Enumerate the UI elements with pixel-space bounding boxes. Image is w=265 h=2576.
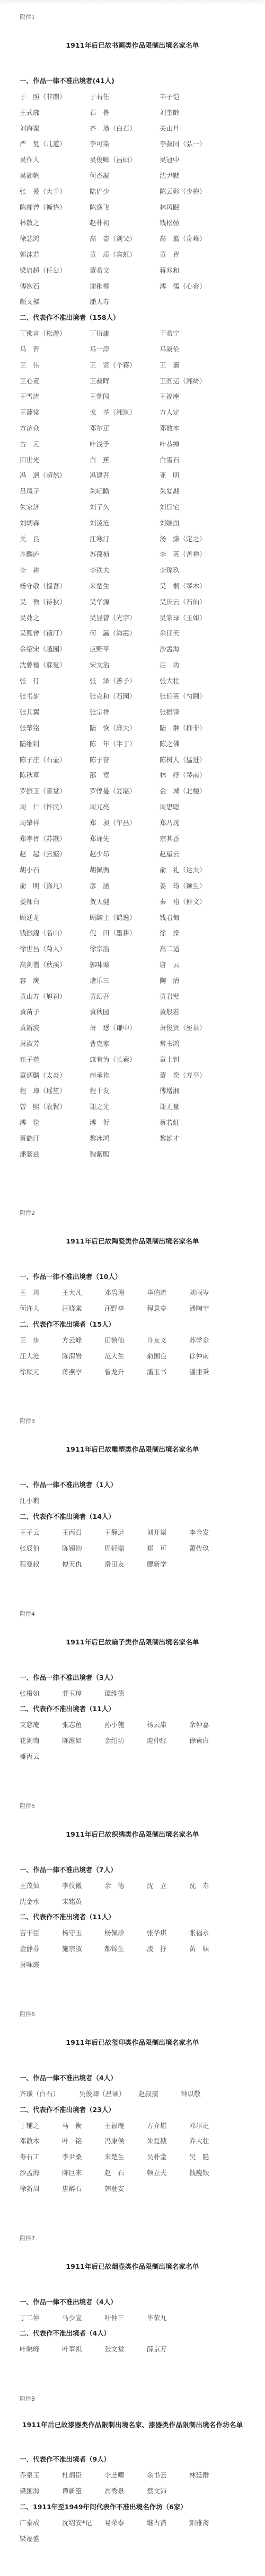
artist-name: 王 步 <box>20 1332 62 1348</box>
annex-2: 附件21911年后已故陶瓷类作品限制出境名家名单一、作品一律不准出境者（10人）… <box>0 1205 265 1409</box>
annex-label: 附件7 <box>0 2231 265 2247</box>
artist-name: 滑田友 <box>104 1557 147 1572</box>
annex-5: 附件51911年后已故织绣类作品限制出境名家名单一、作品一律不准出境者（7人）王… <box>0 1799 265 2002</box>
artist-name: 钱瘦铁 <box>189 2165 232 2181</box>
artist-name: 商承祚 <box>90 1068 160 1084</box>
name-row: 沈金水宋铭黄 <box>0 1894 265 1910</box>
artist-name: 陈云彰（少梅） <box>160 184 229 200</box>
artist-name: 庞仲经 <box>147 1733 189 1749</box>
artist-name: 杨云康 <box>147 1717 189 1733</box>
name-row: 徐顺元蒋燕亭曾龙升潘玉书潘庸秉 <box>0 1364 265 1380</box>
artist-name: 沈 寿 <box>189 1878 232 1894</box>
artist-name: 陈师曾（衡恪） <box>20 200 90 216</box>
name-row: 吴 徵（待秋）吴华源吴庆云（石仙） <box>0 594 265 610</box>
artist-name: 齐 璜（白石） <box>90 121 160 137</box>
name-grid: 于 照（非闇）于右任丰子恺王式廓石 鲁刘奎龄刘海粟齐 璜（白石）关山月严 复（几… <box>0 89 265 310</box>
artist-name: 顿立夫 <box>147 2165 189 2181</box>
spacer <box>0 1162 265 1201</box>
name-row: 张 仃张 泽（善子）张大壮 <box>0 673 265 689</box>
name-row: 沙孟海陈巨来赵 石顿立夫钱瘦铁 <box>0 2165 265 2181</box>
name-row: 金静芬施宗淑都锦生凌 抒黄 妹 <box>0 1941 265 1957</box>
artist-name: 寿石工 <box>20 2149 62 2165</box>
artist-name: 陈锡钧 <box>62 1541 104 1557</box>
name-row: 胡小石胡佩衡俞 礼（达夫） <box>0 862 265 878</box>
artist-name: 徐宗浩 <box>90 941 160 957</box>
name-row: 田世光白 蕉白雪石 <box>0 452 265 468</box>
artist-name: 徐世昌（菊人） <box>20 941 90 957</box>
artist-name: 程 璋（瑶笙） <box>20 1083 90 1099</box>
artist-name: 朱复戡 <box>160 484 229 499</box>
name-grid: 张楫如龚玉璋谭维德 <box>0 1686 265 1702</box>
artist-name: 齐璜（白石） <box>20 2086 79 2102</box>
artist-name: 马一浮 <box>90 342 160 357</box>
name-row: 陆维钊陈 年（半丁）陈之佛 <box>0 736 265 752</box>
name-row: 汪大沧陈渭岩范大生俞国良徐仲南 <box>0 1348 265 1364</box>
artist-name: 江寒汀 <box>90 531 160 547</box>
artist-name: 白雪石 <box>160 452 229 468</box>
name-row: 蔡鹤汀黎冰鸿黎雄才 <box>0 1131 265 1147</box>
name-row: 萧淑芳曹克家常书鸿 <box>0 1036 265 1052</box>
name-row: 刘海粟齐 璜（白石）关山月 <box>0 121 265 137</box>
artist-name: 颜文樑 <box>20 294 90 310</box>
spacer <box>0 1572 265 1602</box>
name-row: 吴茀之吴显曾（光宇）吴家琭（玉如） <box>0 610 265 626</box>
artist-name: 丁佛言（松游） <box>20 326 90 342</box>
artist-name: 邓碧珊 <box>104 1285 147 1301</box>
artist-name: 黄山寿（旭初） <box>20 989 90 1005</box>
artist-name: 王茂仙 <box>20 1878 62 1894</box>
artist-name: 张书旂 <box>20 688 90 704</box>
artist-name: 周元亮 <box>90 799 160 815</box>
artist-name: 田鹤仙 <box>104 1332 147 1348</box>
annex-title: 1911年后已故烟壶类作品限制出境名家名单 <box>0 2261 265 2271</box>
artist-name: 郑乃珖 <box>160 815 229 831</box>
name-row: 程曼叔傅天仇滑田友廖新学 <box>0 1557 265 1572</box>
artist-name: 于希宁 <box>160 326 229 342</box>
name-row: 冯 迥（超然）冯建吾亚 明 <box>0 468 265 484</box>
artist-name: 盛丙云 <box>20 1749 62 1765</box>
artist-name: 吴朴堂 <box>147 2149 189 2165</box>
annex-title: 1911年后已故玺印类作品限制出境名家名单 <box>0 2037 265 2047</box>
artist-name: 吴冠中 <box>160 152 229 168</box>
artist-name: 朱屺瞻 <box>90 484 160 499</box>
name-row: 梁福盛 <box>0 2531 265 2547</box>
artist-name: 黄新波 <box>20 1020 90 1036</box>
artist-name: 张大壮 <box>160 673 229 689</box>
artist-name: 许麟庐 <box>20 547 90 562</box>
artist-name: 陆 恢（廉夫） <box>90 720 160 736</box>
artist-name: 广泰成 <box>20 2515 62 2531</box>
artist-name: 易荣泰 <box>104 2515 147 2531</box>
artist-name: 王 琦 <box>20 1285 62 1301</box>
artist-name: 钱振鍠（名山） <box>20 925 90 941</box>
artist-name: 吴湖帆 <box>20 168 90 184</box>
annex-title: 1911年后已故书画类作品限制出境名家名单 <box>0 40 265 50</box>
artist-name: 黄 胄 <box>160 247 229 263</box>
artist-name: 来楚生 <box>90 578 160 594</box>
artist-name: 秦 裕（仲文） <box>160 894 229 910</box>
artist-name: 王 伟 <box>20 357 90 373</box>
artist-name: 都锦生 <box>104 1941 147 1957</box>
artist-name: 李铁夫 <box>90 562 160 578</box>
artist-name: 吴俊卿（昌硕） <box>90 152 160 168</box>
name-row: 张 爰（大千）陆俨少陈云彰（少梅） <box>0 184 265 200</box>
artist-name: 张楫如 <box>20 1686 62 1702</box>
artist-name: 唐醉石 <box>62 2181 104 2197</box>
name-grid: 丁二仲马少宣叶仲三毕荣九 <box>0 2310 265 2326</box>
artist-name: 沙孟海 <box>160 641 229 657</box>
artist-name: 徐素白 <box>189 1733 232 1749</box>
artist-name: 陆维钊 <box>20 736 90 752</box>
artist-name: 崔子范 <box>20 1052 90 1068</box>
artist-name: 叶恭绰 <box>160 436 229 452</box>
name-row: 黄苗子黄秋园黄般若 <box>0 1004 265 1020</box>
artist-name: 亚 明 <box>160 468 229 484</box>
artist-name: 傅天仇 <box>62 1557 104 1572</box>
artist-name: 倪 田（墨耕） <box>90 925 160 941</box>
artist-name: 谭新篁 <box>62 2483 104 2499</box>
artist-name: 毕荣九 <box>147 2310 189 2326</box>
name-row: 吕凤子朱屺瞻朱复戡 <box>0 484 265 499</box>
artist-name: 张华琪 <box>147 1925 189 1941</box>
artist-name: 吴庆云（石仙） <box>160 594 229 610</box>
name-row: 严 复（几道）李可染李叔同（弘一） <box>0 136 265 152</box>
artist-name: 王 贤（个簃） <box>90 357 160 373</box>
artist-name: 来楚生 <box>104 2149 147 2165</box>
artist-name: 冯 迥（超然） <box>20 468 90 484</box>
annex-label: 附件2 <box>0 1205 265 1221</box>
name-row: 江小鹣 <box>0 1493 265 1509</box>
name-row: 黄山寿（旭初）黄幻吾黄君璧 <box>0 989 265 1005</box>
artist-name: 白 蕉 <box>90 452 160 468</box>
artist-name: 吴 隐 <box>189 2149 232 2165</box>
artist-name: 曾龙升 <box>104 1364 147 1380</box>
artist-name: 郑诵先 <box>90 831 160 847</box>
artist-name: 廖新学 <box>147 1557 189 1572</box>
artist-name: 支慈庵 <box>20 1717 62 1733</box>
artist-name: 高二适 <box>160 941 229 957</box>
artist-name: 丁二仲 <box>20 2310 62 2326</box>
artist-name: 蔡鹤汀 <box>20 1131 90 1147</box>
artist-name: 郑 昶（午昌） <box>90 815 160 831</box>
name-row: 吴作人吴俊卿（昌硕）吴冠中 <box>0 152 265 168</box>
artist-name: 孙小匏 <box>104 1717 147 1733</box>
name-row: 容 庚诸乐三陶一清 <box>0 973 265 989</box>
artist-name: 杨守敬（惺吾） <box>20 578 90 594</box>
section-heading: 二、代表作不准出境者（11人） <box>0 1909 265 1925</box>
artist-name: 李可染 <box>90 136 160 152</box>
artist-name: 杜炳臣 <box>62 2467 104 2483</box>
name-row: 吴湖帆何香凝沈尹默 <box>0 168 265 184</box>
artist-name: 戈 荃（湘岚） <box>90 405 160 421</box>
artist-name: 丁辅之 <box>20 2118 62 2134</box>
name-row: 丁佛言（松游）丁衍庸于希宁 <box>0 326 265 342</box>
artist-name: 常书鸿 <box>160 1036 229 1052</box>
artist-name: 潘天寿 <box>90 294 160 310</box>
artist-name: 宋文治 <box>90 657 160 673</box>
artist-name: 黄幻吾 <box>90 989 160 1005</box>
artist-name: 李琼玖 <box>160 562 229 578</box>
artist-name: 罗振玉（雪堂） <box>20 783 90 799</box>
artist-name: 龚玉璋 <box>62 1686 104 1702</box>
artist-name: 沙孟海 <box>20 2165 62 2181</box>
artist-name: 张振铎 <box>160 704 229 720</box>
artist-name: 张 泽（善子） <box>90 673 160 689</box>
artist-name: 汪野亭 <box>104 1301 147 1317</box>
artist-name: 溥 儒（心畬） <box>160 279 229 294</box>
artist-name: 高剑僧（秋溪） <box>20 957 90 973</box>
artist-name: 沈尹默 <box>160 168 229 184</box>
name-grid: 齐璜（白石）吴俊卿（昌硕）赵叔孺钟以敬 <box>0 2086 265 2102</box>
artist-name: 徐悲鸿 <box>20 231 90 247</box>
annex-3: 附件31911年后已故雕塑类作品限制出境名家名单一、作品一律不准出境者（1人）江… <box>0 1414 265 1602</box>
artist-name: 王朝闻 <box>90 389 160 405</box>
section-heading: 一、作品一律不准出境者（3人） <box>0 1670 265 1686</box>
artist-name: 姜 筠（颖生） <box>160 878 229 894</box>
name-row: 王 步方云峰田鹤仙许友义苏学金 <box>0 1332 265 1348</box>
artist-name: 郭味蕖 <box>90 957 160 973</box>
name-row: 吉干臣杨守玉杨佩珍张华琪张福永 <box>0 1925 265 1941</box>
artist-name: 郭沫若 <box>20 247 90 263</box>
artist-name: 何 瀛（海霞） <box>90 625 160 641</box>
artist-name: 诸乐三 <box>90 973 160 989</box>
artist-name: 陈澹如 <box>62 1733 104 1749</box>
artist-name: 金绍坊 <box>104 1733 147 1749</box>
artist-name: 李金发 <box>189 1525 232 1541</box>
artist-name: 彦 涵 <box>90 878 160 894</box>
artist-name: 萧咏霞 <box>20 1957 62 1973</box>
artist-name: 潘絜兹 <box>20 1147 90 1162</box>
artist-name: 蒋燕亭 <box>62 1364 104 1380</box>
artist-name: 王福庵 <box>160 389 229 405</box>
artist-name: 王 襄 <box>160 357 229 373</box>
artist-name: 叶晓峰 <box>20 2341 62 2357</box>
artist-name: 严 复（几道） <box>20 136 90 152</box>
artist-name: 余 德 <box>104 1878 147 1894</box>
section-heading: 二、代表作不准出境者（158人） <box>0 310 265 326</box>
name-row: 广泰成沈绍安*记易荣泰继古斋釦雅斋 <box>0 2515 265 2531</box>
artist-name: 陈树人（猛进） <box>160 752 229 768</box>
name-row: 寿石工李尹桑来楚生吴朴堂吴 隐 <box>0 2149 265 2165</box>
name-row: 顾廷龙顾麟士（鹤逸）钱君匋 <box>0 910 265 926</box>
artist-name: 陈 年（半丁） <box>90 736 160 752</box>
artist-name: 顾廷龙 <box>20 910 90 926</box>
artist-name: 金 城（北楼） <box>160 783 229 799</box>
name-row: 娄师白贺天健秦 裕（仲文） <box>0 894 265 910</box>
name-grid: 乔泉玉杜炳臣李芝卿余书云林廷群梁国海谭新篁高秀泉蔡文沛 <box>0 2467 265 2499</box>
artist-name: 王叔晖 <box>90 373 160 389</box>
artist-name: 吴熙曾（镜汀） <box>20 625 90 641</box>
name-row: 王雪涛王朝闻王福庵 <box>0 389 265 405</box>
artist-name: 梁启超（任公） <box>20 263 90 279</box>
name-row: 崔子范康有为（长素）章士钊 <box>0 1052 265 1068</box>
name-row: 林散之赵朴初钱松喦 <box>0 215 265 231</box>
artist-name: 吴作人 <box>20 152 90 168</box>
artist-name: 田世光 <box>20 452 90 468</box>
artist-name: 马 晋 <box>20 342 90 357</box>
artist-name: 邓散木 <box>160 421 229 436</box>
artist-name: 张辰伯 <box>20 1541 62 1557</box>
artist-name: 郑 可 <box>147 1541 189 1557</box>
name-row: 傅抱石谢稚柳溥 儒（心畬） <box>0 279 265 294</box>
annex-title: 1911年后已故雕塑类作品限制出境名家名单 <box>0 1444 265 1454</box>
section-heading: 一、作品一律不准出境者（10人） <box>0 1269 265 1285</box>
artist-name: 蔡若虹 <box>160 1115 229 1131</box>
artist-name: 徐顺元 <box>20 1364 62 1380</box>
artist-name: 董希文 <box>90 263 160 279</box>
artist-name: 李尹桑 <box>62 2149 104 2165</box>
artist-name: 陈逸飞 <box>90 200 160 216</box>
artist-name: 邓尔疋 <box>189 2118 232 2134</box>
artist-name: 刘开渠 <box>147 1525 189 1541</box>
name-row: 杨守敬（惺吾）来楚生吴 桐（琴木） <box>0 578 265 594</box>
artist-name: 程意亭 <box>147 1301 189 1317</box>
artist-name: 赵 石 <box>104 2165 147 2181</box>
artist-name: 叶菶祺 <box>62 2341 104 2357</box>
artist-name: 赵叔孺 <box>138 2086 181 2102</box>
artist-name: 胡小石 <box>20 862 90 878</box>
artist-name: 萧俊贤（厔泉） <box>160 1020 229 1036</box>
artist-name: 王丙召 <box>62 1525 104 1541</box>
name-row: 颜文樑潘天寿 <box>0 294 265 310</box>
artist-name: 黄 质（宾虹） <box>90 247 160 263</box>
name-row: 马 晋马一浮马叙伦 <box>0 342 265 357</box>
artist-name: 邵 章 <box>90 767 160 783</box>
artist-name: 黄君璧 <box>160 989 229 1005</box>
artist-name: 苏葆桢 <box>90 547 160 562</box>
artist-name: 王式廓 <box>20 105 90 121</box>
artist-name: 蒋兆和 <box>160 263 229 279</box>
name-row: 章炳麟（太炎）商承祚董 揆（寿平） <box>0 1068 265 1084</box>
artist-name: 康有为（长素） <box>90 1052 160 1068</box>
artist-name: 张伯英（勺圃） <box>160 688 229 704</box>
artist-name: 章士钊 <box>160 1052 229 1068</box>
artist-name: 林廷群 <box>189 2467 232 2483</box>
artist-name: 谢之光 <box>90 1099 160 1115</box>
artist-name: 张其翼 <box>20 704 90 720</box>
artist-name: 赵朴初 <box>90 215 160 231</box>
name-row: 方济众邓尔疋邓散木 <box>0 421 265 436</box>
artist-name: 马少宣 <box>62 2310 104 2326</box>
artist-name: 周思聪 <box>160 799 229 815</box>
artist-name: 钟以敬 <box>181 2086 223 2102</box>
artist-name: 方介堪 <box>147 2118 189 2134</box>
artist-name: 余绍宋（越园） <box>20 641 90 657</box>
artist-name: 沈 立 <box>147 1878 189 1894</box>
name-grid: 王 琦王大凡邓碧珊毕伯涛刘雨岑何许人汪晓棠汪野亭程意亭潘陶宇 <box>0 1285 265 1317</box>
name-row: 梁国海谭新篁高秀泉蔡文沛 <box>0 2483 265 2499</box>
name-row: 张肇铭陆 恢（廉夫）陆 翀（抑非） <box>0 720 265 736</box>
artist-name: 丰子恺 <box>160 89 229 105</box>
spacer <box>0 1765 265 1794</box>
annex-label: 附件5 <box>0 1799 265 1814</box>
artist-name: 关山月 <box>160 121 229 137</box>
name-grid: 江小鹣 <box>0 1493 265 1509</box>
name-row: 古 元叶浅予叶恭绰 <box>0 436 265 452</box>
artist-name: 贺天健 <box>90 894 160 910</box>
name-row: 张其翼张宗祥张振铎 <box>0 704 265 720</box>
artist-name: 刘旦宅 <box>160 499 229 515</box>
artist-name: 赵 起（云壑） <box>20 846 90 862</box>
artist-name: 应野平 <box>90 641 160 657</box>
artist-name: 金静芬 <box>20 1941 62 1957</box>
artist-name: 宗其香 <box>160 831 229 847</box>
artist-name: 李 英（苦禅） <box>160 547 229 562</box>
artist-name: 关 良 <box>20 531 90 547</box>
artist-name: 石 鲁 <box>90 105 160 121</box>
section-heading: 二、代表作不准出境者（15人） <box>0 1317 265 1332</box>
artist-name: 于右任 <box>90 89 160 105</box>
name-row: 王心竟王叔晖王闿运（湘绮） <box>0 373 265 389</box>
name-row: 赵 起（云壑）赵少昂赵望云 <box>0 846 265 862</box>
name-row: 郑孝胥（苏戡）郑诵先宗其香 <box>0 831 265 847</box>
artist-name: 陈渭岩 <box>62 1348 104 1364</box>
artist-name: 章炳麟（太炎） <box>20 1068 90 1084</box>
artist-name: 陆 翀（抑非） <box>160 720 229 736</box>
artist-name: 潘庸秉 <box>189 1364 232 1380</box>
artist-name: 黎冰鸿 <box>90 1131 160 1147</box>
artist-name: 王雪涛 <box>20 389 90 405</box>
annex-4: 附件41911年后已故扇子类作品限制出境名家名单一、作品一律不准出境者（3人）张… <box>0 1606 265 1794</box>
artist-name: 陆俨少 <box>90 184 160 200</box>
name-row: 徐世昌（菊人）徐宗浩高二适 <box>0 941 265 957</box>
artist-name: 余仲嘉 <box>189 1717 232 1733</box>
section-heading: 二、代表作不准出境者（14人） <box>0 1509 265 1525</box>
artist-name: 汤 涤（定之） <box>160 531 229 547</box>
artist-name: 吴 桐（琴木） <box>160 578 229 594</box>
name-row: 刘炳森刘凌沧刘继卣 <box>0 515 265 531</box>
artist-name: 沈曾植（寐叟） <box>20 657 90 673</box>
artist-name: 方云峰 <box>62 1332 104 1348</box>
annex-label: 附件6 <box>0 2007 265 2023</box>
artist-name: 梁国海 <box>20 2483 62 2499</box>
annex-1: 附件11911年后已故书画类作品限制出境名家名单一、作品一律不准出境者(41人)… <box>0 10 265 1201</box>
artist-name: 凌 抒 <box>147 1941 189 1957</box>
name-row: 曾 熙（农髯）谢之光谢无量 <box>0 1099 265 1115</box>
name-row: 徐新周唐醉石韩登安 <box>0 2181 265 2197</box>
artist-name: 蔡文沛 <box>147 2483 189 2499</box>
artist-name: 黎雄才 <box>160 1131 229 1147</box>
artist-name: 吉干臣 <box>20 1925 62 1941</box>
name-row: 叶晓峰叶菶祺张文堂薛京万 <box>0 2341 265 2357</box>
artist-name: 徐仲南 <box>189 1348 232 1364</box>
annex-title: 1911年后已故漆器类作品限制出境名家、漆器类作品限制出境名作坊名单 <box>3 2418 262 2432</box>
artist-name: 钱君匋 <box>160 910 229 926</box>
section-heading: 二、代表作不准出境者（11人） <box>0 1701 265 1717</box>
artist-name: 吴俊卿（昌硕） <box>79 2086 138 2102</box>
artist-name: 陈巨来 <box>62 2165 104 2181</box>
artist-name: 王静远 <box>104 1525 147 1541</box>
artist-name: 陶一清 <box>160 973 229 989</box>
artist-name: 张肇铭 <box>20 720 90 736</box>
name-row: 王 琦王大凡邓碧珊毕伯涛刘雨岑 <box>0 1285 265 1301</box>
name-row: 王蘧常戈 荃（湘岚）方人定 <box>0 405 265 421</box>
name-row: 乔泉玉杜炳臣李芝卿余书云林廷群 <box>0 2467 265 2483</box>
artist-name: 张宗祥 <box>90 704 160 720</box>
artist-name: 顾麟士（鹤逸） <box>90 910 160 926</box>
artist-name: 高 嵡（奇峰） <box>160 231 229 247</box>
name-row: 程 璋（瑶笙）程十发傅增湘 <box>0 1083 265 1099</box>
artist-name: 余任天 <box>160 625 229 641</box>
artist-name: 林散之 <box>20 215 90 231</box>
artist-name: 王蘧常 <box>20 405 90 421</box>
name-row: 王子云王丙召王静远刘开渠李金发 <box>0 1525 265 1541</box>
artist-name: 俞 礼（达夫） <box>160 862 229 878</box>
artist-name: 李仪徽 <box>62 1878 104 1894</box>
name-row: 萧咏霞 <box>0 1957 265 1973</box>
spacer <box>0 2197 265 2226</box>
spacer <box>0 1380 265 1409</box>
